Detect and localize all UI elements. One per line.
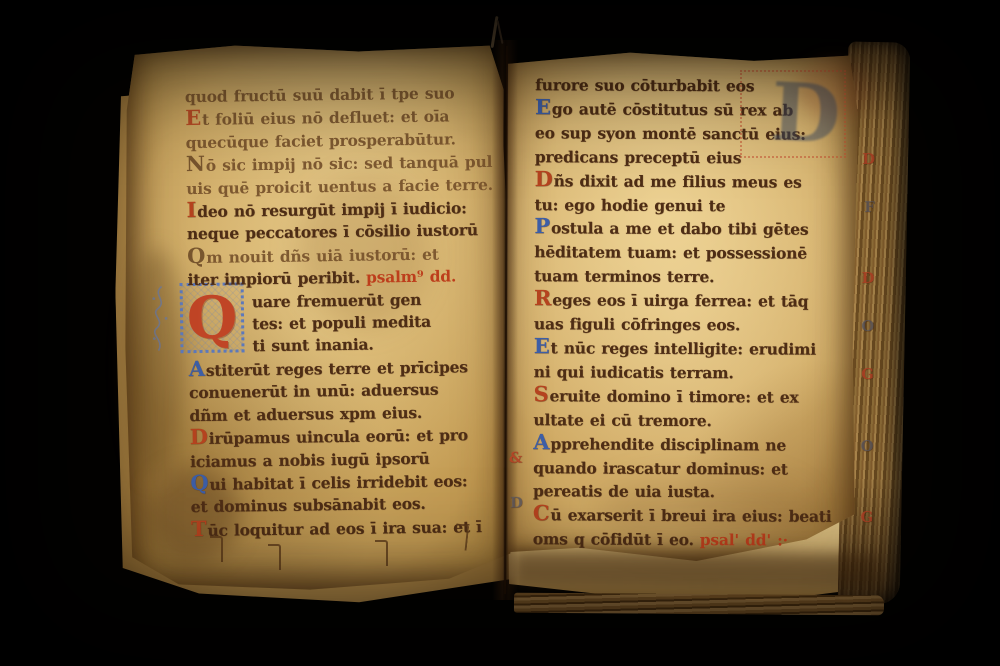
line-text: pereatis de uia iusta. [533, 482, 715, 502]
margin-guide-letter: O [861, 434, 874, 458]
versal-initial: A [533, 429, 549, 454]
versal-initial: S [534, 381, 549, 406]
line-text: hēditatem tuam: et possessionē [534, 243, 807, 263]
margin-guide-letter: D [862, 148, 875, 172]
line-text: uas figuli cōfringes eos. [534, 314, 740, 334]
margin-guide-letter: G [861, 363, 874, 387]
bottom-edge-leaves [514, 593, 884, 616]
pen-trial-mark [375, 540, 388, 566]
line-text: m nouit dñs uiā iustorū: et [206, 244, 439, 266]
text-line: quando irascatur dominus: et [533, 456, 847, 482]
line-text: ñs dixit ad me filius meus es [554, 171, 802, 191]
versal-initial: R [534, 285, 551, 310]
rubric-text: psal' dd' :· [700, 530, 788, 549]
line-text: ostula a me et dabo tibi gētes [551, 219, 809, 239]
line-text: eges eos ī uirga ferrea: et tāq [552, 290, 808, 310]
line-text: neque peccatores ī cōsilio iustorū [187, 221, 478, 244]
line-text: ni qui iudicatis terram. [534, 362, 734, 382]
line-text: eruite domino ī timore: et ex [549, 386, 798, 406]
line-text: ō sic impij nō sic: sed tanquā pul [206, 152, 493, 175]
line-text: uare fremuerūt gen [252, 290, 422, 311]
line-text: quando irascatur dominus: et [533, 458, 788, 478]
versal-initial: A [189, 356, 205, 381]
line-text: irūpamus uincula eorū: et pro [209, 425, 468, 448]
line-text: t foliū eius nō defluet: et oīa [202, 107, 450, 129]
versal-initial: E [185, 105, 201, 130]
line-text: t nūc reges intelligite: erudimi [551, 338, 817, 358]
line-text: deo nō resurgūt impij ī iudicio: [197, 198, 467, 221]
line-text: pprehendite disciplinam ne [550, 434, 786, 454]
line-text: ultate ei cū tremore. [533, 410, 711, 430]
versal-initial: N [186, 151, 205, 176]
versal-initial: C [533, 500, 550, 525]
line-text: tuam terminos terre. [534, 266, 714, 286]
margin-flourish-icon [148, 284, 175, 354]
text-line: Cū exarserit ī breui ira eius: beatiG [533, 503, 847, 529]
text-line: Reges eos ī uirga ferrea: et tāq [534, 288, 848, 314]
rubric-text: psalm⁹ dd. [366, 267, 456, 287]
margin-guide-letter: O [861, 315, 874, 339]
line-text: quecūque faciet prosperabūtur. [185, 129, 455, 152]
text-line: Et nūc reges intelligite: erudimi [534, 336, 848, 362]
versal-initial: E [535, 94, 551, 119]
curl-shadow [512, 550, 878, 588]
versal-initial: I [186, 197, 196, 222]
text-line: Seruite domino ī timore: et ex [534, 384, 848, 410]
text-line: pereatis de uia iusta. [533, 480, 847, 506]
line-text: stiterūt reges terre et prīcipes [206, 357, 468, 380]
line-text: uis quē proicit uentus a facie terre. [186, 174, 493, 197]
line-text: iter impiorū peribit. [187, 268, 360, 289]
offset-initial-frame: D [740, 70, 846, 158]
left-text-block: Q quod fructū suū dabit ī tpe suoEt foli… [185, 82, 497, 542]
line-text: tu: ego hodie genui te [535, 195, 726, 215]
margin-guide-letter: & [509, 447, 522, 470]
pen-trial-mark [210, 536, 223, 562]
text-line: Postula a me et dabo tibi gētes [534, 217, 848, 243]
pen-trial-mark [268, 544, 281, 570]
line-text: ui habitat ī celis irridebit eos: [209, 471, 467, 494]
margin-guide-letter: F [864, 195, 874, 219]
line-text: ūc loquitur ad eos ī ira sua: et ī [207, 517, 482, 540]
line-text: quod fructū suū dabit ī tpe suo [185, 83, 455, 106]
text-line: ni qui iudicatis terram.G [534, 360, 848, 386]
pen-trial-mark [454, 523, 470, 550]
text-line: hēditatem tuam: et possessionē [534, 241, 848, 267]
text-line: Apprehendite disciplinam neO [533, 432, 847, 458]
versal-initial: T [191, 516, 207, 541]
versal-initial: D [535, 166, 553, 191]
versal-initial: Q [190, 470, 208, 495]
line-text: ti sunt inania. [252, 335, 373, 356]
versal-initial: E [534, 333, 550, 358]
line-text: conuenerūt in unū: aduersus [189, 380, 439, 402]
text-line: Tūc loquitur ad eos ī ira sua: et ī [191, 515, 497, 543]
line-text: tes: et populi medita [252, 312, 431, 333]
versal-initial: P [534, 214, 550, 239]
text-line: oms q cōfidūt ī eo.psal' dd' :· [533, 527, 847, 553]
line-text: iciamus a nobis iugū ipsorū [190, 448, 430, 470]
text-line: Dñs dixit ad me filius meus es [535, 169, 849, 195]
line-text: dñm et aduersus xpm eius. [189, 403, 422, 425]
line-text: ū exarserit ī breui ira eius: beati [550, 506, 831, 526]
text-line: tu: ego hodie genui teF [535, 193, 849, 219]
margin-guide-letter: D [510, 493, 523, 516]
line-text: furore suo cōturbabit eos [535, 75, 754, 95]
line-text: predicans preceptū eius [535, 147, 742, 167]
manuscript-photo: Q quod fructū suū dabit ī tpe suoEt foli… [0, 0, 1000, 666]
text-line: ultate ei cū tremore. [533, 408, 847, 434]
line-text: et dominus subsānabit eos. [191, 494, 426, 516]
margin-guide-letter: G [860, 506, 873, 530]
text-line: uas figuli cōfringes eos.O [534, 312, 848, 338]
line-text: oms q cōfidūt ī eo. [533, 529, 694, 549]
versal-initial: Q [187, 243, 205, 268]
text-line: tuam terminos terre.D [534, 264, 848, 290]
versal-initial: D [190, 424, 208, 449]
margin-guide-letter: D [862, 267, 875, 291]
offset-initial-letter: D [768, 64, 842, 162]
